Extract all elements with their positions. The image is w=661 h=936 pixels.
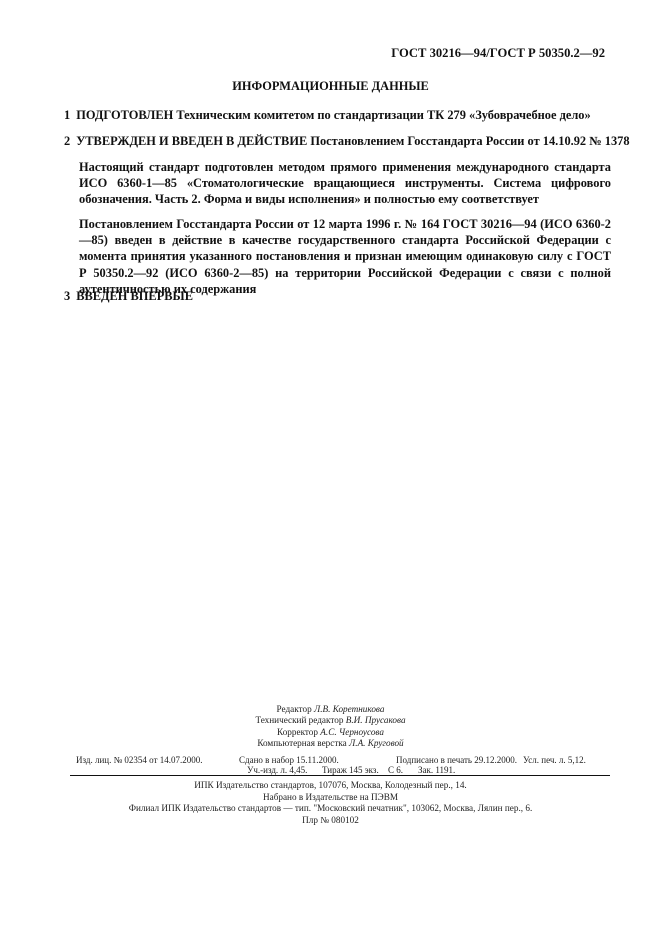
publication-signed-date: Подписано в печать 29.12.2000. [396, 755, 517, 765]
editorial-credits: Редактор Л.В. Коретникова Технический ре… [0, 704, 661, 750]
item-number: 1 [64, 108, 70, 122]
item-heading: ВВЕДЕН ВПЕРВЫЕ [76, 289, 193, 303]
paragraph-decree: Постановлением Госстандарта России от 12… [79, 216, 611, 297]
publication-print-sheets: Усл. печ. л. 5,12. [523, 755, 586, 765]
footer-line: Филиал ИПК Издательство стандартов — тип… [0, 803, 661, 815]
credit-layout: Компьютерная верстка Л.А. Круговой [0, 738, 661, 749]
credit-tech-editor: Технический редактор В.И. Прусакова [0, 715, 661, 726]
publication-circulation: Тираж 145 экз. [322, 765, 379, 775]
item-number: 2 [64, 134, 70, 148]
footer-line: Набрано в Издательстве на ПЭВМ [0, 792, 661, 804]
item-approved: 2УТВЕРЖДЕН И ВВЕДЕН В ДЕЙСТВИЕ Постановл… [64, 134, 630, 149]
item-number: 3 [64, 289, 70, 303]
item-prepared: 1ПОДГОТОВЛЕН Техническим комитетом по ст… [64, 108, 591, 123]
publication-c: С 6. [388, 765, 403, 775]
publication-pub-sheets: Уч.-изд. л. 4,45. [247, 765, 307, 775]
standard-code-header: ГОСТ 30216—94/ГОСТ Р 50350.2—92 [391, 46, 605, 61]
section-title: ИНФОРМАЦИОННЫЕ ДАННЫЕ [0, 79, 661, 94]
publication-typeset-date: Сдано в набор 15.11.2000. [239, 755, 339, 765]
divider-rule [70, 775, 610, 776]
footer-line: Плр № 080102 [0, 815, 661, 827]
item-first-introduced: 3ВВЕДЕН ВПЕРВЫЕ [64, 289, 193, 304]
paragraph-text: Постановлением Госстандарта России от 12… [79, 216, 611, 297]
publication-order: Зак. 1191. [418, 765, 455, 775]
item-heading: УТВЕРЖДЕН И ВВЕДЕН В ДЕЙСТВИЕ [76, 134, 307, 148]
paragraph-text: Настоящий стандарт подготовлен методом п… [79, 159, 611, 208]
credit-editor: Редактор Л.В. Коретникова [0, 704, 661, 715]
item-heading: ПОДГОТОВЛЕН [76, 108, 173, 122]
paragraph-iso-basis: Настоящий стандарт подготовлен методом п… [79, 159, 611, 208]
footer-line: ИПК Издательство стандартов, 107076, Мос… [0, 780, 661, 792]
item-text: Техническим комитетом по стандартизации … [176, 108, 590, 122]
item-text: Постановлением Госстандарта России от 14… [310, 134, 629, 148]
publisher-footer: ИПК Издательство стандартов, 107076, Мос… [0, 780, 661, 826]
publication-license: Изд. лиц. № 02354 от 14.07.2000. [76, 755, 203, 765]
credit-corrector: Корректор А.С. Черноусова [0, 727, 661, 738]
